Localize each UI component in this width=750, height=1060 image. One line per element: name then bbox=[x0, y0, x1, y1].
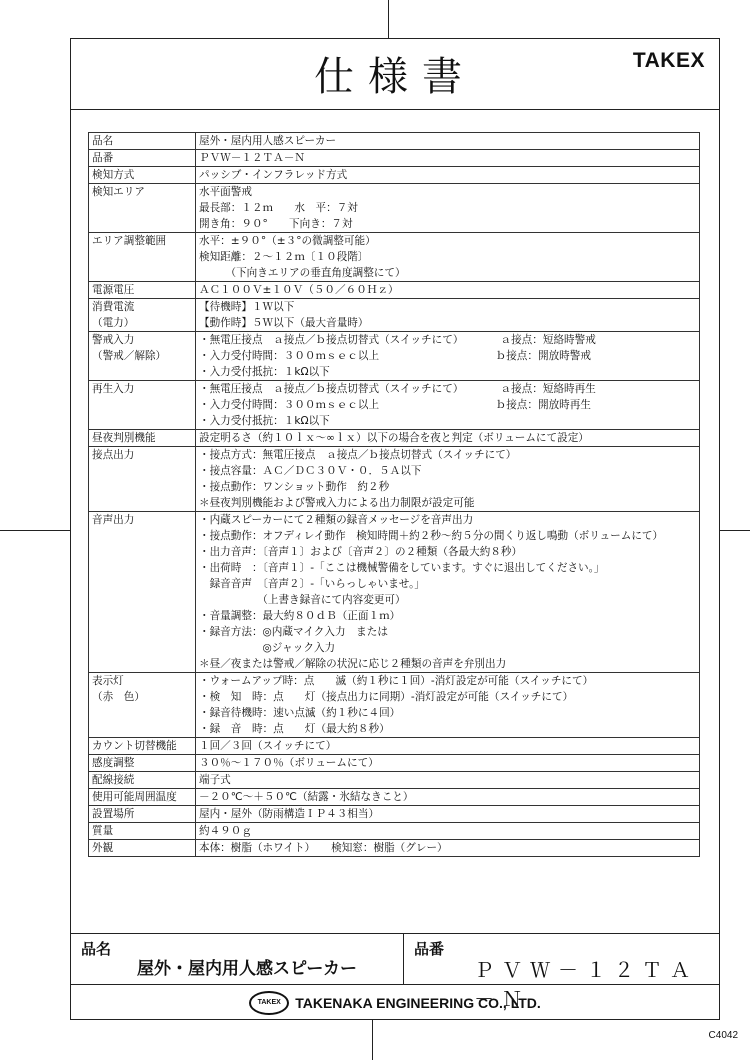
spec-value: －２０℃～＋５０℃（結露・氷結なきこと） bbox=[196, 789, 700, 806]
spec-key: 電源電圧 bbox=[89, 282, 196, 299]
spec-value-line: ３０％～１７０％（ボリュームにて） bbox=[199, 755, 696, 771]
spec-key-line: 昼夜判別機能 bbox=[92, 430, 192, 446]
spec-value-line: 約４９０ｇ bbox=[199, 823, 696, 839]
spec-value-line: ＊昼／夜または警戒／解除の状況に応じ２種類の音声を弁別出力 bbox=[199, 656, 696, 672]
spec-value: １回／３回（スイッチにて） bbox=[196, 738, 700, 755]
spec-value: 設定明るさ（約１０ｌｘ～∞ｌｘ）以下の場合を夜と判定（ボリュームにて設定） bbox=[196, 430, 700, 447]
spec-value-line: ・検 知 時：点 灯（接点出力に同期）-消灯設定が可能（スイッチにて） bbox=[199, 689, 696, 705]
table-row: エリア調整範囲水平：±９０°（±３°の微調整可能）検知距離：２～１２ｍ〔１０段階… bbox=[89, 233, 700, 282]
spec-value-line: 録音音声 〔音声２〕-「いらっしゃいませ。」 bbox=[199, 576, 696, 592]
spec-value-line: 本体：樹脂（ホワイト） 検知窓：樹脂（グレー） bbox=[199, 840, 696, 856]
company-name: TAKENAKA ENGINEERING CO., LTD. bbox=[295, 995, 541, 1011]
spec-key-line: 警戒入力 bbox=[92, 332, 192, 348]
spec-key-line: （赤 色） bbox=[92, 689, 192, 705]
spec-key-line: 再生入力 bbox=[92, 381, 192, 397]
spec-value: 屋内・屋外（防雨構造ＩＰ４３相当） bbox=[196, 806, 700, 823]
spec-value-line: ・接点方式：無電圧接点 ａ接点／ｂ接点切替式（スイッチにて） bbox=[199, 447, 696, 463]
spec-value: 約４９０ｇ bbox=[196, 823, 700, 840]
spec-value-line: ・出力音声：〔音声１〕および〔音声２〕の２種類（各最大約８秒） bbox=[199, 544, 696, 560]
spec-key: 昼夜判別機能 bbox=[89, 430, 196, 447]
spec-value-line: 設定明るさ（約１０ｌｘ～∞ｌｘ）以下の場合を夜と判定（ボリュームにて設定） bbox=[199, 430, 696, 446]
title-block: 品名 屋外・屋内用人感スピーカー 品番 ＰＶＷ－１２ＴＡ－Ｎ TAKEX TAK… bbox=[71, 933, 719, 1021]
spec-key-line: （警戒／解除） bbox=[92, 348, 192, 364]
spec-key-line: カウント切替機能 bbox=[92, 738, 192, 754]
spec-value-line: 端子式 bbox=[199, 772, 696, 788]
product-name-label: 品名 bbox=[81, 938, 111, 959]
spec-value-line: ◎ジャック入力 bbox=[199, 640, 696, 656]
spec-value-line: 屋内・屋外（防雨構造ＩＰ４３相当） bbox=[199, 806, 696, 822]
spec-key-line: エリア調整範囲 bbox=[92, 233, 192, 249]
spec-value: 屋外・屋内用人感スピーカー bbox=[196, 133, 700, 150]
table-row: 品名屋外・屋内用人感スピーカー bbox=[89, 133, 700, 150]
spec-value-line: ・接点動作：ワンショット動作 約２秒 bbox=[199, 479, 696, 495]
table-row: 外観本体：樹脂（ホワイト） 検知窓：樹脂（グレー） bbox=[89, 840, 700, 857]
spec-value: パッシブ・インフラレッド方式 bbox=[196, 167, 700, 184]
spec-key: 感度調整 bbox=[89, 755, 196, 772]
spec-key-line: 表示灯 bbox=[92, 673, 192, 689]
crop-mark-right bbox=[720, 530, 750, 531]
spec-value: 水平面警戒最長部：１２ｍ 水 平：７対開き角：９０° 下向き：７対 bbox=[196, 184, 700, 233]
table-row: 感度調整３０％～１７０％（ボリュームにて） bbox=[89, 755, 700, 772]
spec-key-line: 電源電圧 bbox=[92, 282, 192, 298]
table-row: 検知エリア水平面警戒最長部：１２ｍ 水 平：７対開き角：９０° 下向き：７対 bbox=[89, 184, 700, 233]
spec-key: 検知方式 bbox=[89, 167, 196, 184]
spec-value-line: ・入力受付抵抗：１kΩ以下 bbox=[199, 413, 696, 429]
spec-value: ・無電圧接点 ａ接点／ｂ接点切替式（スイッチにて） ａ接点：短絡時再生・入力受付… bbox=[196, 381, 700, 430]
spec-value: ・ウォームアップ時：点 滅（約１秒に１回）-消灯設定が可能（スイッチにて）・検 … bbox=[196, 673, 700, 738]
product-number-label: 品番 bbox=[414, 938, 444, 959]
table-row: 電源電圧ＡＣ１００Ｖ±１０Ｖ（５０／６０Ｈｚ） bbox=[89, 282, 700, 299]
spec-key: 検知エリア bbox=[89, 184, 196, 233]
spec-value-line: 【動作時】５Ｗ以下（最大音量時） bbox=[199, 315, 696, 331]
table-row: 消費電流（電力）【待機時】１Ｗ以下【動作時】５Ｗ以下（最大音量時） bbox=[89, 299, 700, 332]
spec-value-line: 最長部：１２ｍ 水 平：７対 bbox=[199, 200, 696, 216]
spec-key: 警戒入力（警戒／解除） bbox=[89, 332, 196, 381]
spec-key-line: 使用可能周囲温度 bbox=[92, 789, 192, 805]
spec-value-line: ・無電圧接点 ａ接点／ｂ接点切替式（スイッチにて） ａ接点：短絡時再生 bbox=[199, 381, 696, 397]
spec-key-line: 音声出力 bbox=[92, 512, 192, 528]
takex-logo-icon: TAKEX bbox=[249, 991, 289, 1015]
spec-value-line: ・接点容量：ＡＣ／ＤＣ３０Ｖ・０．５Ａ以下 bbox=[199, 463, 696, 479]
table-row: 設置場所屋内・屋外（防雨構造ＩＰ４３相当） bbox=[89, 806, 700, 823]
spec-key-line: 接点出力 bbox=[92, 447, 192, 463]
spec-key: 消費電流（電力） bbox=[89, 299, 196, 332]
product-name-value: 屋外・屋内用人感スピーカー bbox=[137, 954, 357, 979]
spec-value-line: １回／３回（スイッチにて） bbox=[199, 738, 696, 754]
spec-key: 品番 bbox=[89, 150, 196, 167]
spec-key-line: 検知方式 bbox=[92, 167, 192, 183]
spec-key-line: 検知エリア bbox=[92, 184, 192, 200]
crop-mark-top bbox=[388, 0, 389, 38]
table-row: 表示灯（赤 色）・ウォームアップ時：点 滅（約１秒に１回）-消灯設定が可能（スイ… bbox=[89, 673, 700, 738]
spec-value-line: ・録 音 時：点 灯（最大約８秒） bbox=[199, 721, 696, 737]
spec-value: 本体：樹脂（ホワイト） 検知窓：樹脂（グレー） bbox=[196, 840, 700, 857]
spec-key: 音声出力 bbox=[89, 512, 196, 673]
spec-sheet-frame: 仕様書 TAKEX 品名屋外・屋内用人感スピーカー品番ＰＶＷ－１２ＴＡ－Ｎ検知方… bbox=[70, 38, 720, 1020]
brand-logo: TAKEX bbox=[633, 49, 705, 73]
spec-value-line: ・録音待機時：速い点滅（約１秒に４回） bbox=[199, 705, 696, 721]
crop-mark-left bbox=[0, 530, 70, 531]
table-row: カウント切替機能１回／３回（スイッチにて） bbox=[89, 738, 700, 755]
spec-value: ・接点方式：無電圧接点 ａ接点／ｂ接点切替式（スイッチにて）・接点容量：ＡＣ／Ｄ… bbox=[196, 447, 700, 512]
spec-key-line: 品番 bbox=[92, 150, 192, 166]
spec-key: エリア調整範囲 bbox=[89, 233, 196, 282]
spec-key: 表示灯（赤 色） bbox=[89, 673, 196, 738]
table-row: 使用可能周囲温度－２０℃～＋５０℃（結露・氷結なきこと） bbox=[89, 789, 700, 806]
spec-value-line: 【待機時】１Ｗ以下 bbox=[199, 299, 696, 315]
spec-value: ・無電圧接点 ａ接点／ｂ接点切替式（スイッチにて） ａ接点：短絡時警戒・入力受付… bbox=[196, 332, 700, 381]
product-name-cell: 品名 屋外・屋内用人感スピーカー bbox=[71, 934, 404, 984]
spec-value-line: －２０℃～＋５０℃（結露・氷結なきこと） bbox=[199, 789, 696, 805]
spec-value-line: ・音量調整：最大約８０ｄＢ（正面１ｍ） bbox=[199, 608, 696, 624]
spec-value: ３０％～１７０％（ボリュームにて） bbox=[196, 755, 700, 772]
spec-key-line: 質量 bbox=[92, 823, 192, 839]
spec-value-line: ・入力受付抵抗：１kΩ以下 bbox=[199, 364, 696, 380]
sheet-header: 仕様書 TAKEX bbox=[71, 39, 719, 110]
spec-value-line: ＡＣ１００Ｖ±１０Ｖ（５０／６０Ｈｚ） bbox=[199, 282, 696, 298]
spec-value-line: 水平：±９０°（±３°の微調整可能） bbox=[199, 233, 696, 249]
table-row: 接点出力・接点方式：無電圧接点 ａ接点／ｂ接点切替式（スイッチにて）・接点容量：… bbox=[89, 447, 700, 512]
spec-value: 水平：±９０°（±３°の微調整可能）検知距離：２～１２ｍ〔１０段階〕 （下向きエ… bbox=[196, 233, 700, 282]
spec-key: 外観 bbox=[89, 840, 196, 857]
spec-key-line: 品名 bbox=[92, 133, 192, 149]
spec-value: ＡＣ１００Ｖ±１０Ｖ（５０／６０Ｈｚ） bbox=[196, 282, 700, 299]
spec-value-line: ・録音方法：◎内蔵マイク入力 または bbox=[199, 624, 696, 640]
table-row: 検知方式パッシブ・インフラレッド方式 bbox=[89, 167, 700, 184]
spec-value-line: ・ウォームアップ時：点 滅（約１秒に１回）-消灯設定が可能（スイッチにて） bbox=[199, 673, 696, 689]
spec-key: 質量 bbox=[89, 823, 196, 840]
spec-value-line: 水平面警戒 bbox=[199, 184, 696, 200]
spec-value-line: パッシブ・インフラレッド方式 bbox=[199, 167, 696, 183]
company-row: TAKEX TAKENAKA ENGINEERING CO., LTD. bbox=[71, 984, 719, 1020]
table-row: 品番ＰＶＷ－１２ＴＡ－Ｎ bbox=[89, 150, 700, 167]
spec-value-line: 屋外・屋内用人感スピーカー bbox=[199, 133, 696, 149]
spec-key-line: 外観 bbox=[92, 840, 192, 856]
spec-value-line: ・接点動作：オフディレイ動作 検知時間＋約２秒～約５分の間くり返し鳴動（ボリュー… bbox=[199, 528, 696, 544]
table-row: 再生入力・無電圧接点 ａ接点／ｂ接点切替式（スイッチにて） ａ接点：短絡時再生・… bbox=[89, 381, 700, 430]
spec-key: 設置場所 bbox=[89, 806, 196, 823]
product-number-cell: 品番 ＰＶＷ－１２ＴＡ－Ｎ bbox=[404, 934, 719, 984]
document-code: C4042 bbox=[709, 1030, 738, 1041]
table-row: 配線接続端子式 bbox=[89, 772, 700, 789]
spec-key: 配線接続 bbox=[89, 772, 196, 789]
spec-value-line: ＰＶＷ－１２ＴＡ－Ｎ bbox=[199, 150, 696, 166]
spec-key: 再生入力 bbox=[89, 381, 196, 430]
spec-table: 品名屋外・屋内用人感スピーカー品番ＰＶＷ－１２ＴＡ－Ｎ検知方式パッシブ・インフラ… bbox=[88, 132, 700, 857]
spec-value: ＰＶＷ－１２ＴＡ－Ｎ bbox=[196, 150, 700, 167]
table-row: 音声出力・内蔵スピーカーにて２種類の録音メッセージを音声出力・接点動作：オフディ… bbox=[89, 512, 700, 673]
spec-value: 端子式 bbox=[196, 772, 700, 789]
spec-value-line: ＊昼夜判別機能および警戒入力による出力制限が設定可能 bbox=[199, 495, 696, 511]
spec-value-line: （上書き録音にて内容変更可） bbox=[199, 592, 696, 608]
page-title: 仕様書 bbox=[71, 45, 719, 102]
spec-value: 【待機時】１Ｗ以下【動作時】５Ｗ以下（最大音量時） bbox=[196, 299, 700, 332]
spec-key: カウント切替機能 bbox=[89, 738, 196, 755]
table-row: 昼夜判別機能設定明るさ（約１０ｌｘ～∞ｌｘ）以下の場合を夜と判定（ボリュームにて… bbox=[89, 430, 700, 447]
spec-value-line: ・内蔵スピーカーにて２種類の録音メッセージを音声出力 bbox=[199, 512, 696, 528]
spec-key-line: 配線接続 bbox=[92, 772, 192, 788]
spec-value-line: ・入力受付時間：３００ｍｓｅｃ以上 ｂ接点：開放時警戒 bbox=[199, 348, 696, 364]
spec-key: 接点出力 bbox=[89, 447, 196, 512]
spec-key: 使用可能周囲温度 bbox=[89, 789, 196, 806]
spec-value-line: ・無電圧接点 ａ接点／ｂ接点切替式（スイッチにて） ａ接点：短絡時警戒 bbox=[199, 332, 696, 348]
spec-key-line: （電力） bbox=[92, 315, 192, 331]
spec-value-line: 検知距離：２～１２ｍ〔１０段階〕 bbox=[199, 249, 696, 265]
table-row: 質量約４９０ｇ bbox=[89, 823, 700, 840]
spec-value-line: （下向きエリアの垂直角度調整にて） bbox=[199, 265, 696, 281]
spec-key-line: 設置場所 bbox=[92, 806, 192, 822]
spec-value-line: 開き角：９０° 下向き：７対 bbox=[199, 216, 696, 232]
spec-key: 品名 bbox=[89, 133, 196, 150]
table-row: 警戒入力（警戒／解除）・無電圧接点 ａ接点／ｂ接点切替式（スイッチにて） ａ接点… bbox=[89, 332, 700, 381]
crop-mark-bottom bbox=[372, 1020, 373, 1060]
spec-key-line: 消費電流 bbox=[92, 299, 192, 315]
spec-value: ・内蔵スピーカーにて２種類の録音メッセージを音声出力・接点動作：オフディレイ動作… bbox=[196, 512, 700, 673]
spec-key-line: 感度調整 bbox=[92, 755, 192, 771]
spec-value-line: ・入力受付時間：３００ｍｓｅｃ以上 ｂ接点：開放時再生 bbox=[199, 397, 696, 413]
spec-value-line: ・出荷時 ：〔音声１〕-「ここは機械警備をしています。すぐに退出してください。」 bbox=[199, 560, 696, 576]
